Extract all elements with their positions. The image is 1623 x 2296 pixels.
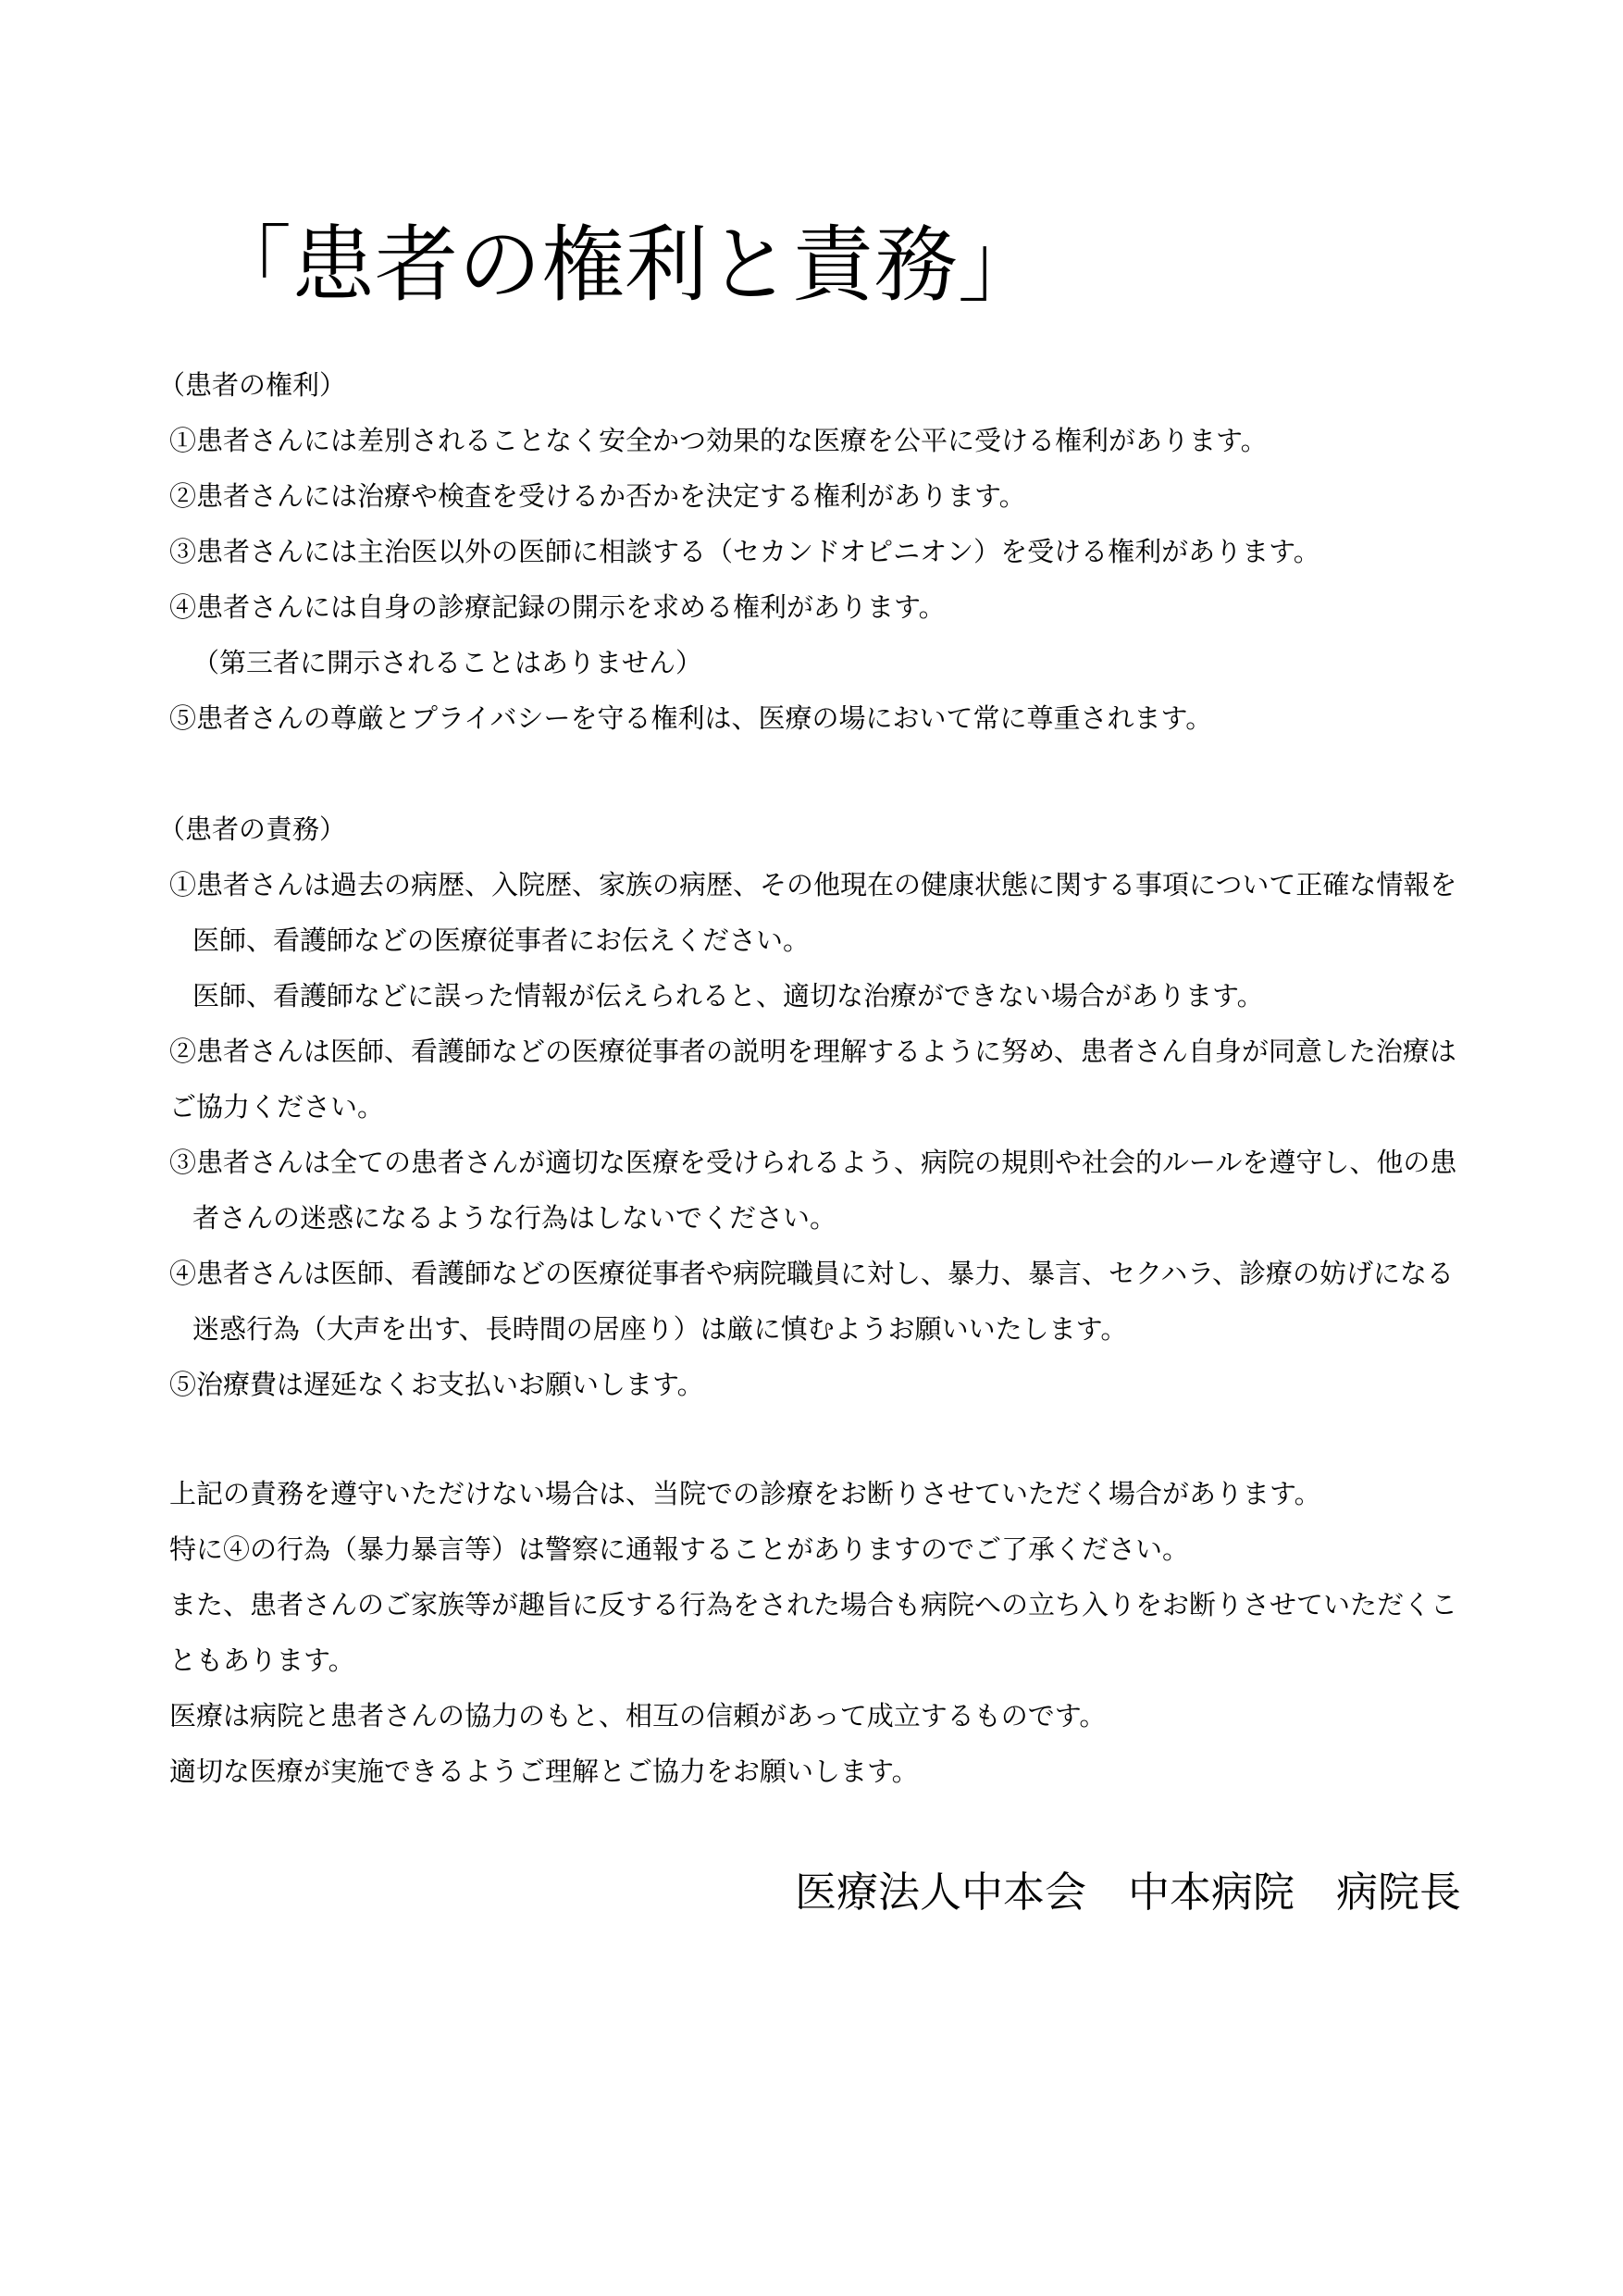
document-page: 「患者の権利と責務」 （患者の権利） ①患者さんには差別されることなく安全かつ効… [0, 0, 1623, 2296]
rights-line-2: ②患者さんには治療や検査を受けるか否かを決定する権利があります。 [169, 469, 1026, 525]
closing-line-2: 特に④の行為（暴力暴言等）は警察に通報することがありますのでご了承ください。 [169, 1522, 1189, 1578]
duties-line-4-cont: 迷惑行為（大声を出す、長時間の居座り）は厳に慎むようお願いいたします。 [192, 1302, 1127, 1358]
rights-line-4-note: （第三者に開示されることはありません） [192, 636, 702, 691]
duties-line-2: ②患者さんは医師、看護師などの医療従事者の説明を理解するように努め、患者さん自身… [169, 1024, 1456, 1080]
closing-line-1: 上記の責務を遵守いただけない場合は、当院での診療をお断りさせていただく場合があり… [169, 1467, 1321, 1522]
duties-line-1-note: 医師、看護師などに誤った情報が伝えられると、適切な治療ができない場合があります。 [192, 969, 1264, 1024]
duties-line-3-cont: 者さんの迷惑になるような行為はしないでください。 [192, 1191, 836, 1247]
duties-line-1-cont: 医師、看護師などの医療従事者にお伝えください。 [192, 913, 810, 969]
closing-line-3: また、患者さんのご家族等が趣旨に反する行為をされた場合も病院への立ち入りをお断り… [169, 1578, 1457, 1633]
signature-line: 医療法人中本会 中本病院 病院長 [795, 1865, 1461, 1920]
rights-section-heading: （患者の権利） [158, 358, 346, 414]
duties-line-2-cont: ご協力ください。 [169, 1080, 384, 1136]
duties-section-heading: （患者の責務） [158, 802, 346, 858]
page-title: 「患者の権利と責務」 [208, 215, 1041, 318]
rights-line-1: ①患者さんには差別されることなく安全かつ効果的な医療を公平に受ける権利があります… [169, 414, 1268, 469]
duties-line-1: ①患者さんは過去の病歴、入院歴、家族の病歴、その他現在の健康状態に関する事項につ… [169, 858, 1456, 913]
closing-line-4: 医療は病院と患者さんの協力のもと、相互の信頼があって成立するものです。 [169, 1689, 1106, 1744]
duties-line-4: ④患者さんは医師、看護師などの医療従事者や病院職員に対し、暴力、暴言、セクハラ、… [169, 1247, 1454, 1302]
duties-line-3: ③患者さんは全ての患者さんが適切な医療を受けられるよう、病院の規則や社会的ルール… [169, 1136, 1456, 1191]
rights-line-5: ⑤患者さんの尊厳とプライバシーを守る権利は、医療の場において常に尊重されます。 [169, 691, 1212, 747]
closing-line-3-cont: ともあります。 [169, 1633, 355, 1689]
rights-line-4: ④患者さんには自身の診療記録の開示を求める権利があります。 [169, 580, 946, 636]
duties-line-5: ⑤治療費は遅延なくお支払いお願いします。 [169, 1358, 704, 1413]
rights-line-3: ③患者さんには主治医以外の医師に相談する（セカンドオピニオン）を受ける権利があり… [169, 525, 1320, 580]
closing-line-5: 適切な医療が実施できるようご理解とご協力をお願いします。 [169, 1744, 919, 1800]
